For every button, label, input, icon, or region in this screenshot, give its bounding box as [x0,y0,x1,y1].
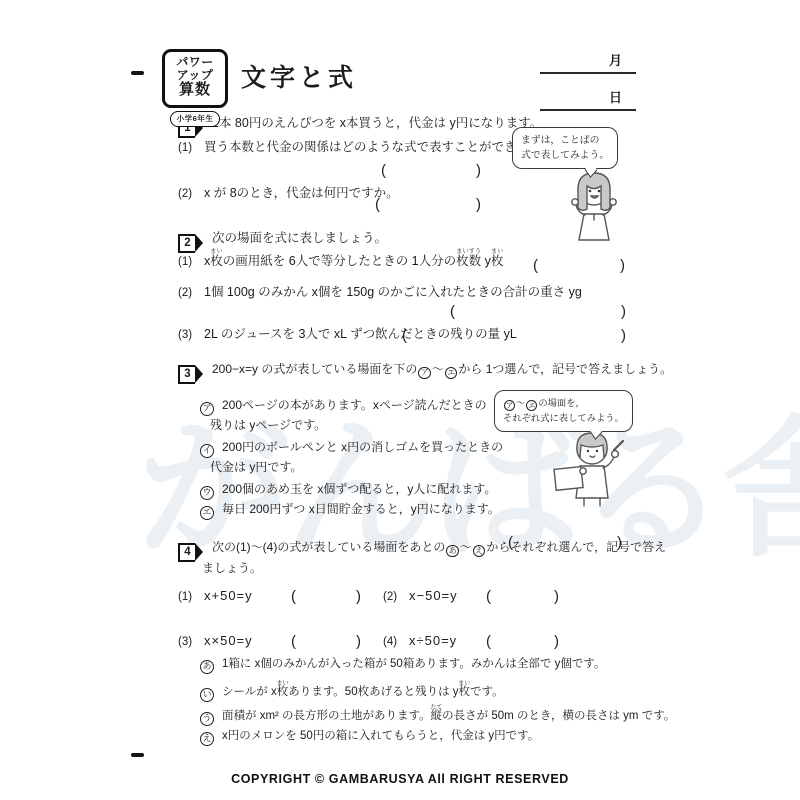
q1-label: (1) [178,255,204,269]
fold-mark-top [131,71,144,75]
eq3-formula: x×50=y [204,633,253,648]
answer-parens: () [402,327,626,346]
paren-close: ) [620,257,625,276]
answer-parens: () [291,633,361,652]
circled-a-marker: ア [504,400,515,411]
problem-2-q2-row: (2)1個 100g のみかん x個を 150g のかごに入れたときの合計の重さ… [178,285,582,301]
copyright-notice: COPYRIGHT © GAMBARUSYA All RIGHT RESERVE… [0,772,800,786]
paren-close: ) [621,327,626,346]
boy-speech-bubble: ア〜エの場面を， それぞれ式に表してみよう。 [494,390,633,432]
choice-i-row: いシールが x枚まいあります。50枚あげると残りは y枚まいです。 [200,681,504,702]
answer-parens: () [381,162,481,181]
paren-close: ) [554,633,559,652]
paren-open: ( [486,633,491,652]
paren-open: ( [291,633,296,652]
circled-e-marker: エ [445,367,458,380]
eq4-label: (4) [383,635,409,649]
paren-close: ) [554,588,559,607]
intro-after: から 1つ選んで，記号で答えましょう。 [458,362,672,376]
boy-bubble-line2: それぞれ式に表してみよう。 [503,411,624,425]
circled-a-marker: あ [446,545,459,558]
paren-close: ) [356,588,361,607]
problem-2: 2次の場面を式に表しましょう。 (1)x枚まいの画用紙を 6人で等分したときの … [178,231,660,359]
answer-parens: () [486,633,559,652]
paren-open: ( [381,162,386,181]
paren-open: ( [486,588,491,607]
boy-bubble-rest: の場面を， [538,398,585,408]
answer-parens: () [450,303,626,322]
paren-open: ( [450,303,455,322]
equation-2: (2)x−50=y [383,588,458,604]
paren-close: ) [476,196,481,215]
problem-2-intro: 次の場面を式に表しましょう。 [212,231,387,245]
circled-a-marker: あ [200,660,214,674]
worksheet-page: がんばる舎 パワー アップ 算数 小学6年生 文字と式 月 日 11本 80円の… [0,0,800,800]
circled-e-marker: エ [526,400,537,411]
paren-close: ) [356,633,361,652]
day-label: 日 [609,87,622,106]
boy-character-illustration [528,424,636,512]
problem-4-intro-row: 4次の(1)〜(4)の式が表している場面をあとのあ〜えからそれぞれ選んで，記号で… [178,540,666,562]
option-text: 200円のボールペンと x円の消しゴムを買ったときの [222,440,503,454]
problem-4: 4次の(1)〜(4)の式が表している場面をあとのあ〜えからそれぞれ選んで，記号で… [178,540,660,755]
choice-e-row: えx円のメロンを 50円の箱に入れてもらうと，代金は y円です。 [200,729,539,746]
eq2-formula: x−50=y [409,588,458,603]
problem-2-q1-row: (1)x枚まいの画用紙を 6人で等分したときの 1人分の枚数まいすう y枚まい [178,249,503,270]
logo-box: パワー アップ 算数 [162,49,228,108]
problem-1-statement: 1本 80円のえんぴつを x本買うと，代金は y円になります。 [212,116,542,130]
q1-label: (1) [178,141,204,155]
eq2-label: (2) [383,590,409,604]
problem-number-badge: 3 [178,365,203,384]
option-e-line1: エ毎日 200円ずつ x日間貯金すると，y円になります。 [200,502,500,520]
option-a-line1: ア200ページの本があります。xページ読んだときの [200,398,487,416]
choice-a-text: 1箱に x個のみかんが入った箱が 50箱あります。みかんは全部で y個です。 [222,658,605,670]
intro-after: からそれぞれ選んで，記号で答え [486,540,666,554]
option-text: 200個のあめ玉を x個ずつ配ると，y人に配れます。 [222,482,496,496]
paren-close: ) [621,303,626,322]
eq3-label: (3) [178,635,204,649]
problem-1-q2-row: (2)x が 8のとき，代金は何円ですか。 [178,186,399,202]
option-a-line2: 残りは yページです。 [210,418,326,433]
paren-open: ( [402,327,407,346]
q2-text: x が 8のとき，代金は何円ですか。 [204,186,399,200]
eq1-formula: x+50=y [204,588,253,603]
equation-1: (1)x+50=y [178,588,253,604]
month-field: 月 [540,50,636,74]
q2-label: (2) [178,286,204,300]
problem-number: 4 [178,543,195,562]
page-title: 文字と式 [241,58,357,94]
girl-bubble-line1: まずは，ことばの [521,133,609,148]
circled-a-marker: ア [418,367,431,380]
choice-u-row: う面積が xm² の長方形の土地があります。縦たての長さが 50m のとき，横の… [200,705,675,726]
eq4-formula: x÷50=y [409,633,457,648]
equation-4: (4)x÷50=y [383,633,457,649]
problem-number: 3 [178,365,195,384]
q2-label: (2) [178,187,204,201]
girl-bubble-line2: 式で表してみよう。 [521,148,609,163]
month-label: 月 [609,50,622,69]
paren-close: ) [476,162,481,181]
circled-u-marker: う [200,712,214,726]
problem-4-intro-line2: ましょう。 [202,561,262,576]
circled-u-marker: ウ [200,486,214,500]
circled-e-marker: エ [200,506,214,520]
q3-label: (3) [178,328,204,342]
paren-open: ( [291,588,296,607]
q2-text: 1個 100g のみかん x個を 150g のかごに入れたときの合計の重さ yg [204,285,582,299]
day-field: 日 [540,87,636,111]
answer-parens: () [375,196,481,215]
choice-e-text: x円のメロンを 50円の箱に入れてもらうと，代金は y円です。 [222,730,539,742]
circled-i-marker: い [200,688,214,702]
fold-mark-bottom [131,753,144,757]
circled-a-marker: ア [200,402,214,416]
problem-3-intro-row: 3200−x=y の式が表している場面を下のア〜エから 1つ選んで，記号で答えま… [178,362,672,384]
circled-e-marker: え [473,545,486,558]
circled-i-marker: イ [200,444,214,458]
logo-line1: パワー [165,56,225,69]
boy-bubble-line1: ア〜エの場面を， [503,396,624,411]
choice-i-text: シールが x枚まいあります。50枚あげると残りは y枚まいです。 [222,686,504,698]
logo-line2: アップ [165,69,225,82]
date-fields: 月 日 [540,50,636,124]
option-text: 200ページの本があります。xページ読んだときの [222,398,487,412]
girl-character-illustration [548,162,640,244]
q1-text: x枚まいの画用紙を 6人で等分したときの 1人分の枚数まいすう y枚まい [204,254,503,268]
option-i-line1: イ200円のボールペンと x円の消しゴムを買ったときの [200,440,503,458]
tilde: 〜 [516,398,525,408]
option-u-line1: ウ200個のあめ玉を x個ずつ配ると，y人に配れます。 [200,482,496,500]
equation-3: (3)x×50=y [178,633,253,649]
choice-u-text: 面積が xm² の長方形の土地があります。縦たての長さが 50m のとき，横の長… [222,710,675,722]
arrow-icon [195,543,203,561]
tilde: 〜 [432,362,444,376]
logo-line3: 算数 [165,82,225,98]
tilde: 〜 [460,540,472,554]
paren-open: ( [533,257,538,276]
intro-before: 次の(1)〜(4)の式が表している場面をあとの [212,540,445,554]
answer-parens: () [533,257,625,276]
grade-badge: 小学6年生 [170,111,221,127]
problem-number-badge: 4 [178,543,203,562]
option-i-line2: 代金は y円です。 [210,460,302,475]
paren-open: ( [375,196,380,215]
eq1-label: (1) [178,590,204,604]
problem-1-q1-row: (1)買う本数と代金の関係はどのような式で表すことができますか。 [178,140,567,156]
intro-before: 200−x=y の式が表している場面を下の [212,362,417,376]
girl-speech-bubble: まずは，ことばの 式で表してみよう。 [512,127,618,169]
problem-1-statement-row: 11本 80円のえんぴつを x本買うと，代金は y円になります。 [178,116,542,138]
circled-e-marker: え [200,732,214,746]
powerup-math-logo: パワー アップ 算数 小学6年生 [162,49,228,127]
answer-parens: () [486,588,559,607]
choice-a-row: あ1箱に x個のみかんが入った箱が 50箱あります。みかんは全部で y個です。 [200,657,605,674]
arrow-icon [195,365,203,383]
answer-parens: () [291,588,361,607]
option-text: 毎日 200円ずつ x日間貯金すると，y円になります。 [222,502,500,516]
